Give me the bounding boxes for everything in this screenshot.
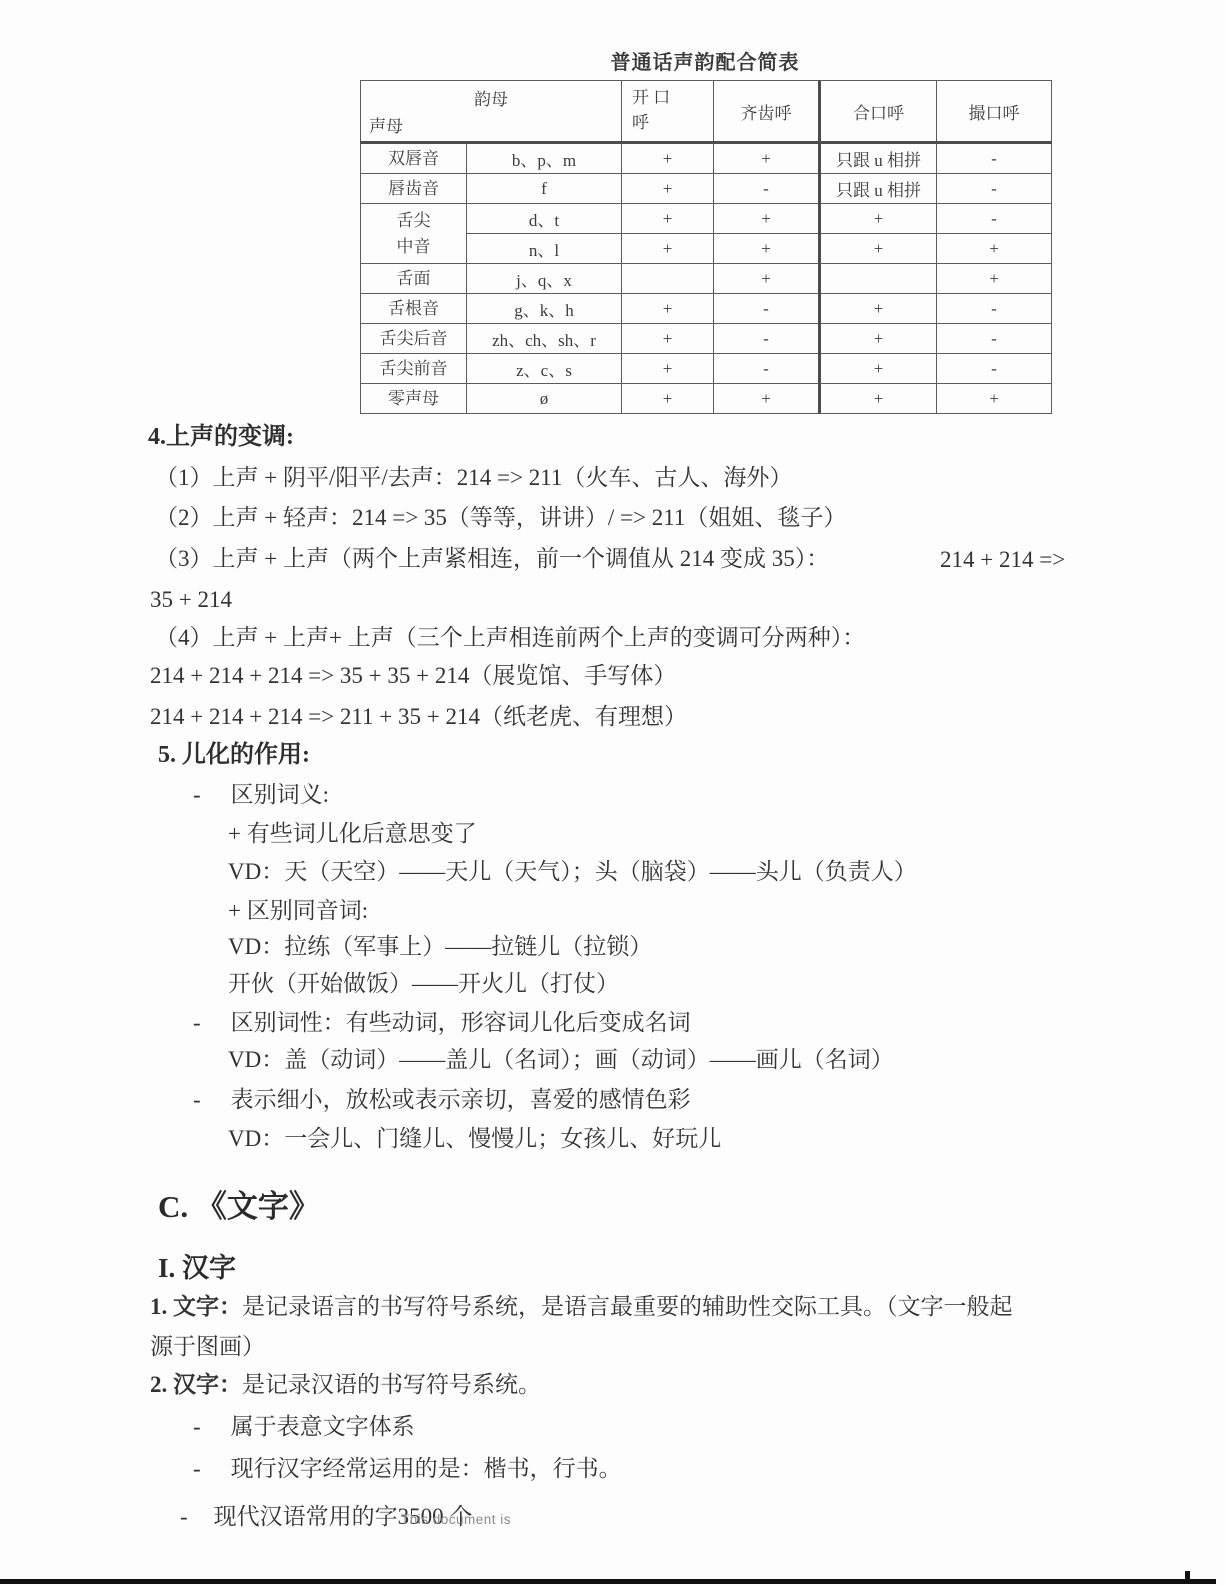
table-cell: - [937, 204, 1052, 234]
text-line: （3）上声 + 上声（两个上声紧相连，前一个调值从 214 变成 35）： [155, 545, 829, 574]
text-line: 开伙（开始做饭）——开火儿（打仗） [228, 970, 619, 999]
table-cell: 只跟 u 相拼 [820, 174, 937, 204]
row-label: 唇齿音 [361, 174, 467, 204]
bullet-line: -表示细小，放松或表示亲切，喜爱的感情色彩 [193, 1086, 691, 1115]
corner-label-finals: 韵母 [361, 85, 621, 110]
text-line: + 区别同音词: [228, 897, 368, 926]
table-cell: + [714, 234, 820, 264]
text-line: + 有些词儿化后意思变了 [228, 820, 477, 849]
row-letters: z、c、s [467, 354, 622, 384]
table-cell: + [820, 204, 937, 234]
bullet-line: -区别词性：有些动词，形容词儿化后变成名词 [193, 1009, 691, 1038]
bullet-line: -区别词义: [193, 781, 329, 810]
table-cell: + [937, 264, 1052, 294]
text-line: 源于图画） [150, 1333, 265, 1362]
table-cell: + [714, 143, 820, 174]
table-row: 舌尖 中音d、t+++- [361, 204, 1052, 234]
definition-line: 1. 文字：是记录语言的书写符号系统，是语言最重要的辅助性交际工具。（文字一般起 [150, 1293, 1013, 1322]
text-line: （2）上声 + 轻声：214 => 35（等等，讲讲）/ => 211（姐姐、毯… [155, 504, 846, 533]
table-cell: + [937, 234, 1052, 264]
bullet-line: -现行汉字经常运用的是：楷书，行书。 [193, 1455, 622, 1484]
row-label: 舌尖前音 [361, 354, 467, 384]
bullet-text: 现代汉语常用的字 [214, 1504, 398, 1529]
table-cell: + [820, 234, 937, 264]
table-cell [622, 264, 714, 294]
table-row: 舌根音g、k、h+-+- [361, 294, 1052, 324]
definition-term: 2. 汉字： [150, 1372, 242, 1397]
table-cell: - [937, 294, 1052, 324]
column-header-kaikou: 开 口 呼 [622, 81, 714, 143]
dash-bullet: - [193, 1414, 201, 1439]
bullet-text: 表示细小，放松或表示亲切，喜爱的感情色彩 [231, 1087, 691, 1112]
column-header-hekou: 合口呼 [820, 81, 937, 143]
table-cell: + [820, 324, 937, 354]
table-cell: + [622, 294, 714, 324]
table-cell: + [622, 324, 714, 354]
row-letters: d、t [467, 204, 622, 234]
text-line: 214 + 214 => [940, 546, 1065, 575]
table-cell: + [622, 384, 714, 414]
table-cell: - [714, 354, 820, 384]
row-letters: b、p、m [467, 143, 622, 174]
table-cell: + [820, 384, 937, 414]
column-header-cuokou: 撮口呼 [937, 81, 1052, 143]
table-row: 舌尖后音zh、ch、sh、r+-+- [361, 324, 1052, 354]
text-line: 35 + 214 [150, 586, 232, 615]
table-cell: - [714, 174, 820, 204]
table-cell: + [714, 204, 820, 234]
table-cell: - [937, 174, 1052, 204]
definition-text: 是记录汉语的书写符号系统。 [242, 1372, 541, 1397]
dash-bullet: - [193, 1456, 201, 1481]
row-letters: f [467, 174, 622, 204]
table-row: 舌面j、q、x++ [361, 264, 1052, 294]
dash-bullet: - [180, 1504, 188, 1529]
table-cell: + [622, 174, 714, 204]
bullet-text: 现行汉字经常运用的是：楷书，行书。 [231, 1456, 622, 1481]
bullet-line: -属于表意文字体系 [193, 1413, 415, 1442]
row-label: 舌根音 [361, 294, 467, 324]
table-cell: + [714, 384, 820, 414]
sectionC-heading: C. 《文字》 [158, 1188, 320, 1227]
table-cell: 只跟 u 相拼 [820, 143, 937, 174]
row-letters: zh、ch、sh、r [467, 324, 622, 354]
watermark-text: This document is [401, 1512, 511, 1527]
phonology-table: 韵母 声母 开 口 呼 齐齿呼 合口呼 撮口呼 双唇音b、p、m++只跟 u 相… [360, 80, 1052, 414]
bullet-text: 区别词义: [231, 782, 329, 807]
table-cell: - [714, 324, 820, 354]
text-line: 214 + 214 + 214 => 211 + 35 + 214（纸老虎、有理… [150, 703, 687, 732]
section5-heading: 5. 儿化的作用: [158, 740, 310, 770]
table-cell: + [622, 354, 714, 384]
text-line: VD：天（天空）——天儿（天气）；头（脑袋）——头儿（负责人） [228, 858, 917, 887]
table-cell: + [714, 264, 820, 294]
table-cell: - [937, 354, 1052, 384]
dash-bullet: - [193, 1010, 201, 1035]
bullet-text: 属于表意文字体系 [231, 1414, 415, 1439]
text-line: VD：盖（动词）——盖儿（名词）；画（动词）——画儿（名词） [228, 1046, 894, 1075]
row-label: 零声母 [361, 384, 467, 414]
table-title: 普通话声韵配合简表 [360, 46, 1050, 75]
definition-text: 是记录语言的书写符号系统，是语言最重要的辅助性交际工具。（文字一般起 [242, 1294, 1013, 1319]
table-cell: - [714, 294, 820, 324]
row-label: 舌面 [361, 264, 467, 294]
table-row: 唇齿音f+-只跟 u 相拼- [361, 174, 1052, 204]
table-header-row: 韵母 声母 开 口 呼 齐齿呼 合口呼 撮口呼 [361, 81, 1052, 143]
table-row: 舌尖前音z、c、s+-+- [361, 354, 1052, 384]
table-cell: + [622, 234, 714, 264]
bullet-text: 区别词性：有些动词，形容词儿化后变成名词 [231, 1010, 691, 1035]
text-line: VD：一会儿、门缝儿、慢慢儿；女孩儿、好玩儿 [228, 1125, 721, 1154]
text-line: （1）上声 + 阴平/阳平/去声：214 => 211（火车、古人、海外） [155, 464, 792, 493]
row-label: 舌尖 中音 [361, 204, 467, 264]
document-page: 普通话声韵配合简表 韵母 声母 开 口 呼 齐齿呼 合口呼 撮口呼 双唇音b、p… [0, 0, 1225, 1585]
table-cell: + [937, 384, 1052, 414]
page-bottom-bar [0, 1579, 1216, 1584]
row-label: 舌尖后音 [361, 324, 467, 354]
row-label: 双唇音 [361, 143, 467, 174]
table-row: 双唇音b、p、m++只跟 u 相拼- [361, 143, 1052, 174]
table-cell: + [820, 294, 937, 324]
table-cell [820, 264, 937, 294]
dash-bullet: - [193, 1087, 201, 1112]
table-cell: - [937, 324, 1052, 354]
row-letters: j、q、x [467, 264, 622, 294]
dash-bullet: - [193, 782, 201, 807]
table-cell: - [937, 143, 1052, 174]
table-row: 零声母ø++++ [361, 384, 1052, 414]
page-bottom-tick [1185, 1571, 1190, 1584]
text-line: 214 + 214 + 214 => 35 + 35 + 214（展览馆、手写体… [150, 662, 676, 691]
table-cell: + [622, 204, 714, 234]
table-cell: + [622, 143, 714, 174]
row-letters: n、l [467, 234, 622, 264]
table-corner-cell: 韵母 声母 [361, 81, 622, 143]
table-cell: + [820, 354, 937, 384]
definition-line: 2. 汉字：是记录汉语的书写符号系统。 [150, 1371, 541, 1400]
row-letters: ø [467, 384, 622, 414]
text-line: （4）上声 + 上声+ 上声（三个上声相连前两个上声的变调可分两种）： [155, 624, 865, 653]
text-line: VD：拉练（军事上）——拉链儿（拉锁） [228, 933, 652, 962]
corner-label-initials: 声母 [369, 112, 403, 137]
definition-term: 1. 文字： [150, 1294, 242, 1319]
section4-heading: 4.上声的变调: [148, 422, 294, 452]
sectionI-heading: I. 汉字 [158, 1252, 236, 1286]
column-header-qichi: 齐齿呼 [714, 81, 820, 143]
row-letters: g、k、h [467, 294, 622, 324]
